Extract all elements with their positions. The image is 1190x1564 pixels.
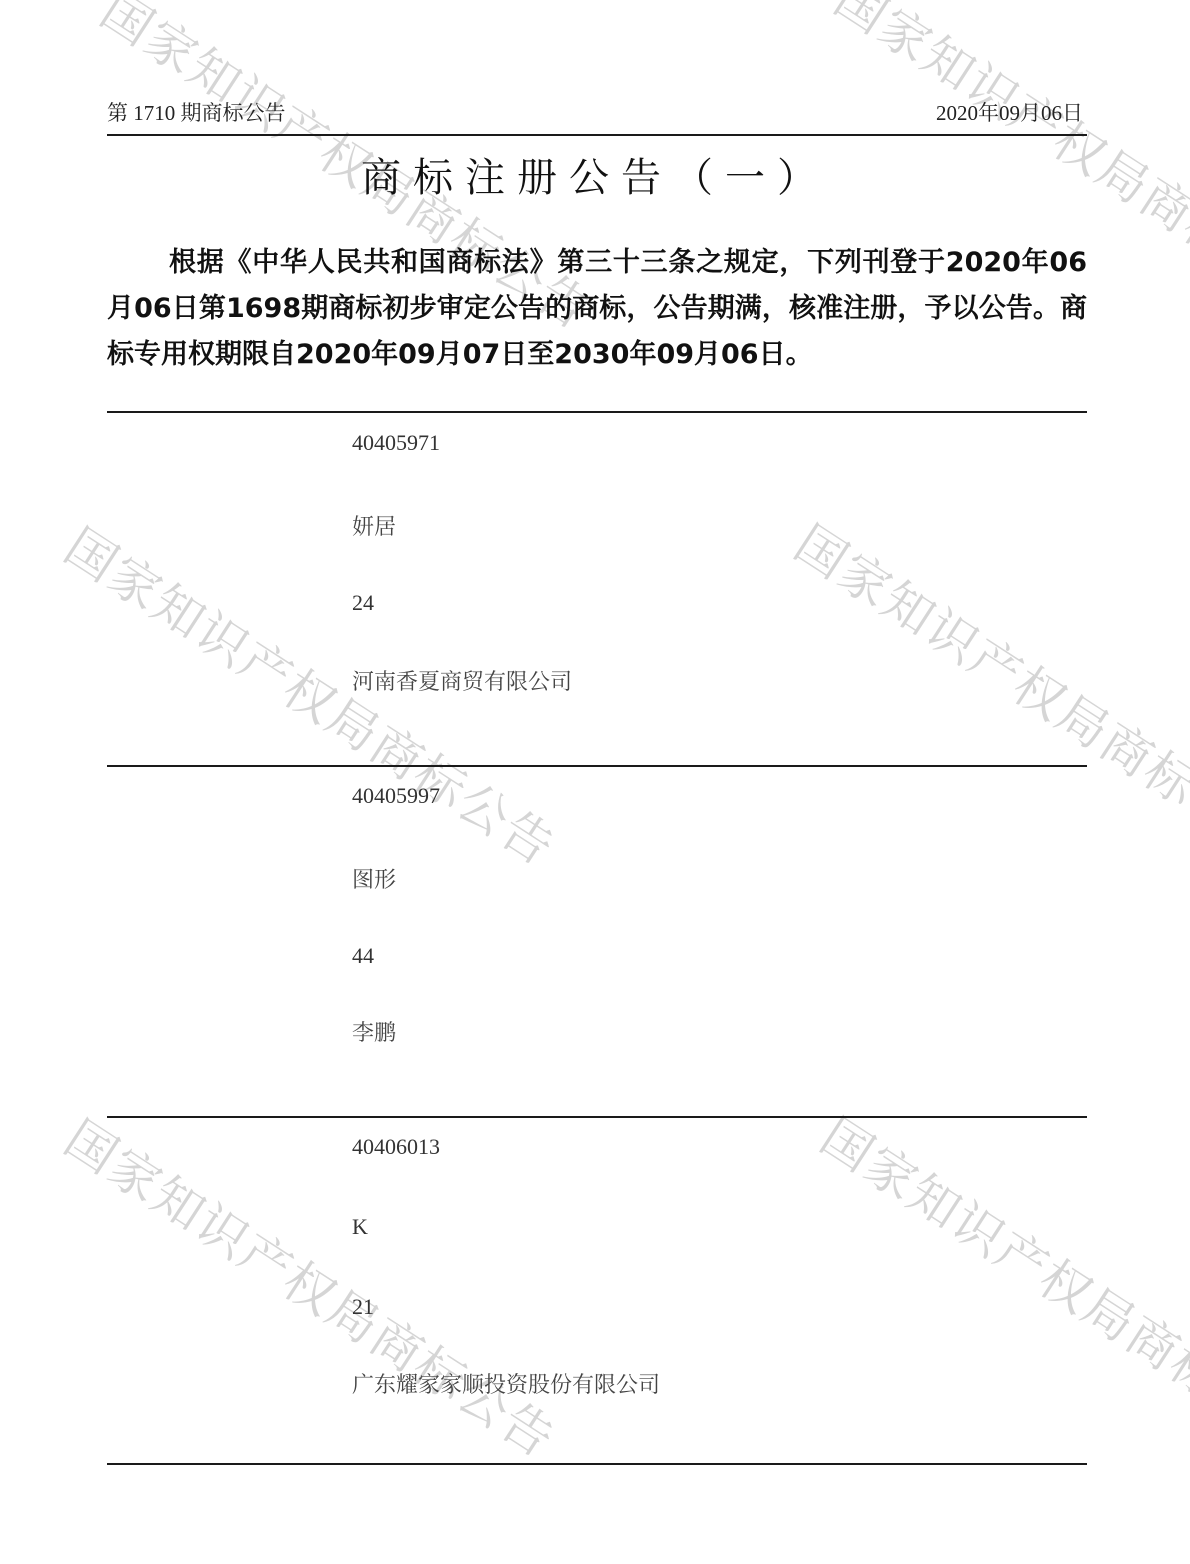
watermark-text: 国家知识产权局商标公告	[53, 1100, 572, 1472]
document-page: 国家知识产权局商标公告 国家知识产权局商标公告 国家知识产权局商标公告 国家知识…	[0, 0, 1190, 1564]
footer-divider	[107, 1463, 1087, 1465]
watermark-text: 国家知识产权局商标公告	[809, 1098, 1190, 1470]
mark-value: 图形	[352, 863, 396, 894]
mark-value: 妍居	[352, 510, 396, 541]
watermark-text: 国家知识产权局商标公告	[783, 505, 1190, 877]
section-divider	[107, 411, 1087, 413]
reg-no-value: 40406013	[352, 1134, 440, 1160]
mark-value: K	[352, 1214, 368, 1240]
class-value: 21	[352, 1294, 374, 1320]
issue-number: 第 1710 期商标公告	[107, 97, 286, 127]
class-value: 24	[352, 590, 374, 616]
section-divider	[107, 1116, 1087, 1118]
intro-paragraph: 根据《中华人民共和国商标法》第三十三条之规定，下列刊登于2020年06月06日第…	[107, 240, 1087, 378]
header-divider	[107, 134, 1087, 136]
class-value: 44	[352, 943, 374, 969]
registrant-value: 河南香夏商贸有限公司	[352, 665, 572, 696]
reg-no-value: 40405997	[352, 783, 440, 809]
section-divider	[107, 765, 1087, 767]
issue-date: 2020年09月06日	[936, 97, 1083, 127]
reg-no-value: 40405971	[352, 430, 440, 456]
registrant-value: 李鹏	[352, 1016, 396, 1047]
registrant-value: 广东耀家家顺投资股份有限公司	[352, 1368, 660, 1399]
page-title: 商标注册公告（一）	[0, 146, 1190, 203]
